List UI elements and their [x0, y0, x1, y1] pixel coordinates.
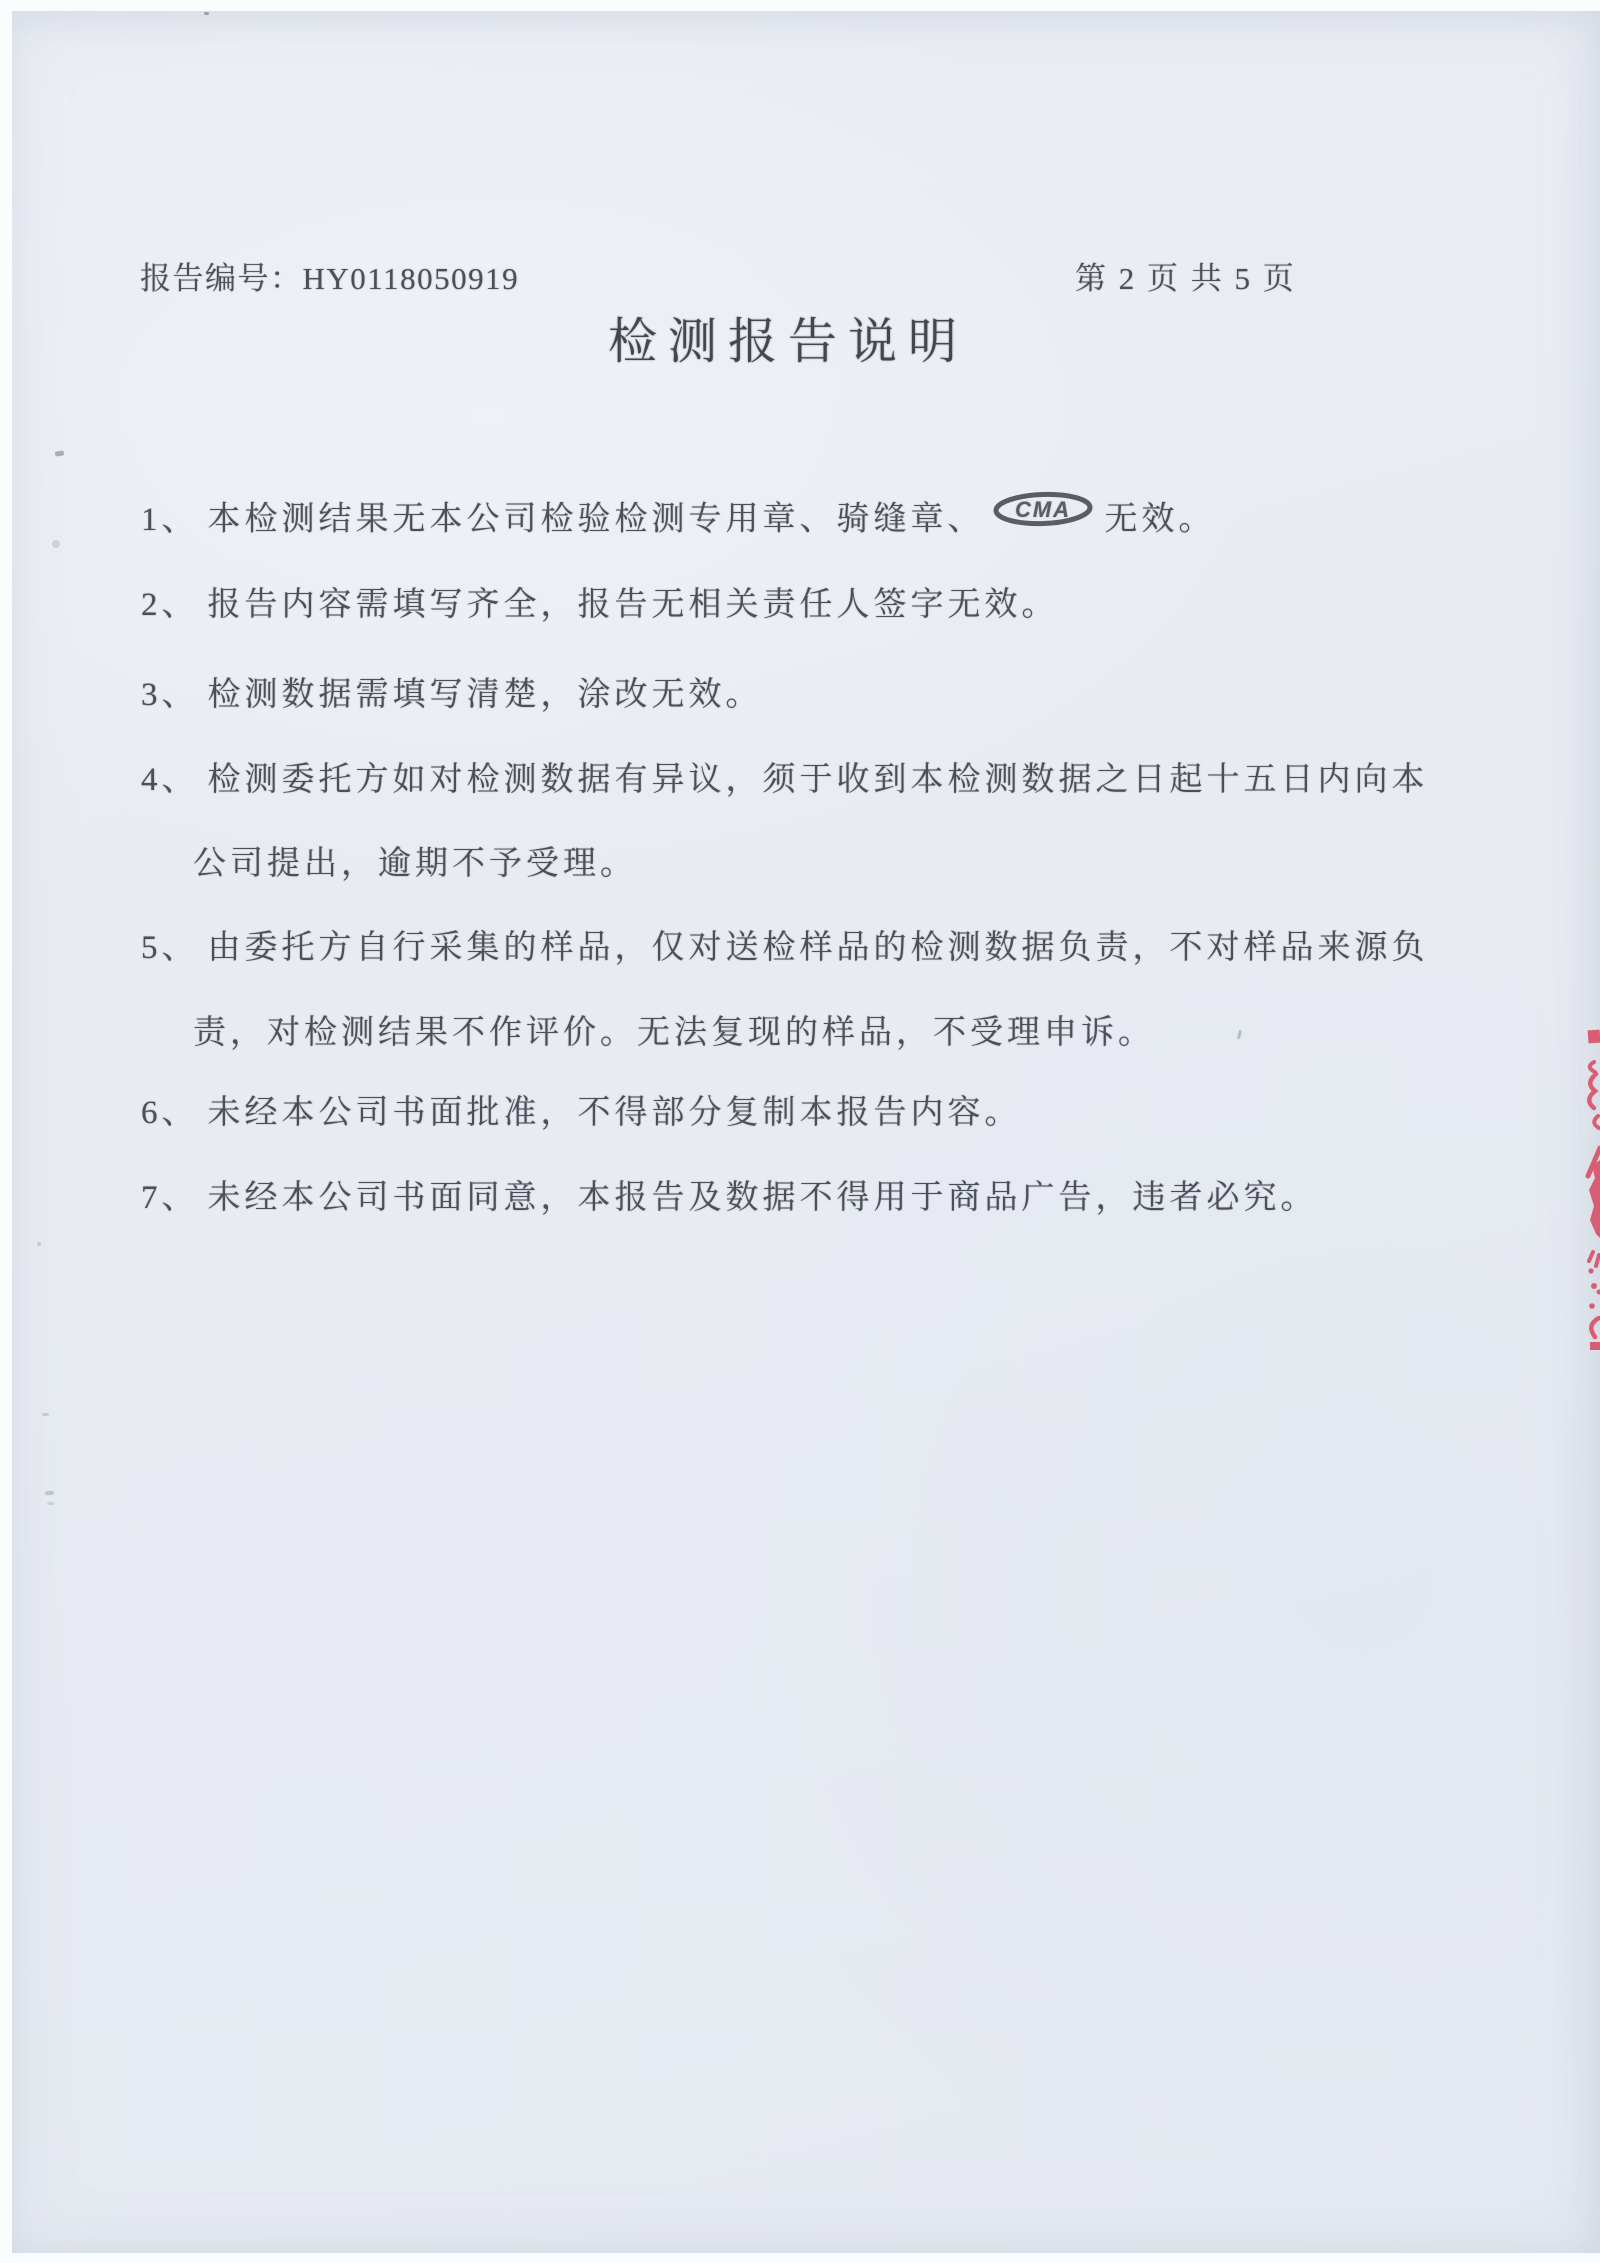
- scan-page: 报告编号：HY0118050919 第 2 页 共 5 页 检测报告说明 1、本…: [0, 0, 1600, 2263]
- scan-speck: [45, 1491, 54, 1496]
- note-item-5: 5、由委托方自行采集的样品，仅对送检样品的检测数据负责，不对样品来源负: [141, 930, 1429, 968]
- note-number: 6、: [141, 1095, 208, 1131]
- note-number: 2、: [141, 587, 208, 623]
- note-item-7: 7、未经本公司书面同意，本报告及数据不得用于商品广告，违者必究。: [141, 1180, 1318, 1218]
- note-number: 3、: [141, 677, 208, 713]
- note-text: 责，对检测结果不作评价。无法复现的样品，不受理申诉。: [193, 1015, 1155, 1051]
- note-item-1: 1、本检测结果无本公司检验检测专用章、骑缝章、 CMA 无效。: [141, 497, 1216, 547]
- scan-speck: [47, 1502, 54, 1505]
- note-item-4: 4、检测委托方如对检测数据有异议，须于收到本检测数据之日起十五日内向本: [141, 762, 1429, 800]
- note-text: 由委托方自行采集的样品，仅对送检样品的检测数据负责，不对样品来源负: [208, 930, 1429, 966]
- note-item-5-continued: 责，对检测结果不作评价。无法复现的样品，不受理申诉。: [193, 1015, 1155, 1053]
- note-text: 未经本公司书面同意，本报告及数据不得用于商品广告，违者必究。: [208, 1180, 1318, 1216]
- note-text: 公司提出，逾期不予受理。: [193, 846, 637, 882]
- page-indicator: 第 2 页 共 5 页: [1075, 261, 1296, 297]
- note-text: 无效。: [1105, 502, 1216, 538]
- cma-mark-icon: CMA: [991, 489, 1095, 539]
- note-item-2: 2、报告内容需填写齐全，报告无相关责任人签字无效。: [141, 587, 1059, 625]
- note-text: 检测委托方如对检测数据有异议，须于收到本检测数据之日起十五日内向本: [208, 762, 1429, 798]
- report-number: 报告编号：HY0118050919: [140, 261, 519, 297]
- scan-speck: [204, 12, 209, 15]
- svg-text:CMA: CMA: [1014, 497, 1070, 522]
- note-number: 1、: [141, 502, 208, 538]
- page-title: 检测报告说明: [608, 314, 968, 370]
- red-seal-fragment-icon: [1573, 1026, 1600, 1363]
- note-text: 本检测结果无本公司检验检测专用章、骑缝章、: [208, 502, 985, 538]
- note-item-4-continued: 公司提出，逾期不予受理。: [193, 846, 637, 884]
- note-text: 报告内容需填写齐全，报告无相关责任人签字无效。: [208, 587, 1059, 623]
- note-item-3: 3、检测数据需填写清楚，涂改无效。: [141, 677, 763, 715]
- note-text: 未经本公司书面批准，不得部分复制本报告内容。: [208, 1095, 1022, 1131]
- scan-speck: [42, 1413, 49, 1416]
- note-number: 5、: [141, 930, 208, 966]
- scan-speck: [52, 540, 60, 548]
- note-text: 检测数据需填写清楚，涂改无效。: [208, 677, 763, 713]
- note-number: 7、: [141, 1180, 208, 1216]
- scan-speck: [37, 1242, 41, 1246]
- note-item-6: 6、未经本公司书面批准，不得部分复制本报告内容。: [141, 1095, 1022, 1133]
- note-number: 4、: [141, 762, 208, 798]
